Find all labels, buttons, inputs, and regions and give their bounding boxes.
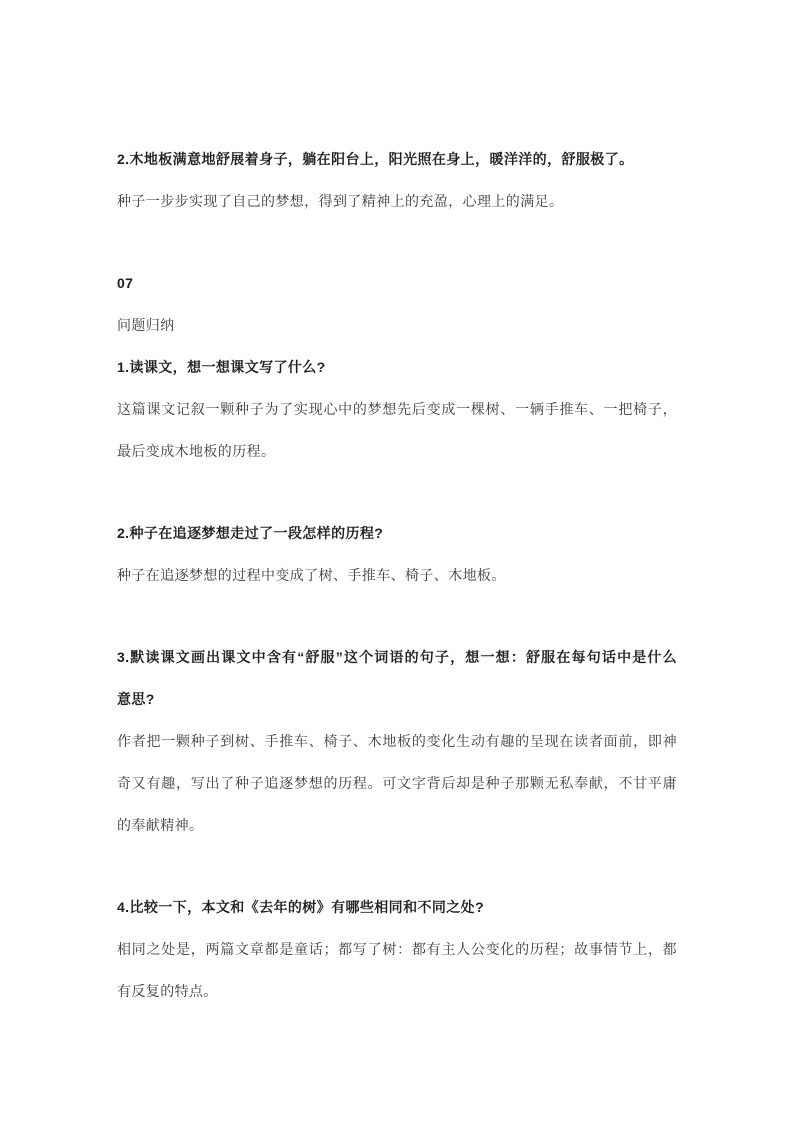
sentence-2-heading: 2.木地板满意地舒展着身子，躺在阳台上，阳光照在身上，暖洋洋的，舒服极了。 — [117, 138, 677, 180]
text-line: 2.种子在追逐梦想走过了一段怎样的历程? — [117, 512, 677, 554]
text-line: 3.默读课文画出课文中含有“舒服”这个词语的句子，想一想：舒服在每句话中是什么 — [117, 636, 677, 678]
document-page: 2.木地板满意地舒展着身子，躺在阳台上，阳光照在身上，暖洋洋的，舒服极了。种子一… — [0, 0, 793, 1122]
text-line: 问题归纳 — [117, 304, 677, 346]
text-line: 1.读课文，想一想课文写了什么? — [117, 346, 677, 388]
section-question-2: 2.种子在追逐梦想走过了一段怎样的历程?种子在追逐梦想的过程中变成了树、手推车、… — [117, 512, 677, 596]
text-line: 这篇课文记叙一颗种子为了实现心中的梦想先后变成一棵树、一辆手推车、一把椅子， — [117, 388, 677, 430]
section-title: 问题归纳 — [117, 304, 677, 346]
question-2: 2.种子在追逐梦想走过了一段怎样的历程? — [117, 512, 677, 554]
answer-2: 种子在追逐梦想的过程中变成了树、手推车、椅子、木地板。 — [117, 554, 677, 596]
answer-3: 作者把一颗种子到树、手推车、椅子、木地板的变化生动有趣的呈现在读者面前，即神奇又… — [117, 720, 677, 846]
text-line: 4.比较一下，本文和《去年的树》有哪些相同和不同之处? — [117, 886, 677, 928]
text-line: 最后变成木地板的历程。 — [117, 430, 677, 472]
answer-4: 相同之处是，两篇文章都是童话；都写了树：都有主人公变化的历程；故事情节上，都有反… — [117, 928, 677, 1012]
section-number: 07 — [117, 262, 677, 304]
text-line: 2.木地板满意地舒展着身子，躺在阳台上，阳光照在身上，暖洋洋的，舒服极了。 — [117, 138, 677, 180]
text-line: 07 — [117, 262, 677, 304]
text-line: 种子一步步实现了自己的梦想，得到了精神上的充盈，心理上的满足。 — [117, 180, 677, 222]
question-3: 3.默读课文画出课文中含有“舒服”这个词语的句子，想一想：舒服在每句话中是什么意… — [117, 636, 677, 720]
text-line: 相同之处是，两篇文章都是童话；都写了树：都有主人公变化的历程；故事情节上，都 — [117, 928, 677, 970]
sentence-2-analysis: 种子一步步实现了自己的梦想，得到了精神上的充盈，心理上的满足。 — [117, 180, 677, 222]
section-sentence-analysis: 2.木地板满意地舒展着身子，躺在阳台上，阳光照在身上，暖洋洋的，舒服极了。种子一… — [117, 138, 677, 222]
question-1: 1.读课文，想一想课文写了什么? — [117, 346, 677, 388]
question-4: 4.比较一下，本文和《去年的树》有哪些相同和不同之处? — [117, 886, 677, 928]
text-line: 有反复的特点。 — [117, 970, 677, 1012]
section-question-summary: 07问题归纳1.读课文，想一想课文写了什么?这篇课文记叙一颗种子为了实现心中的梦… — [117, 262, 677, 472]
text-line: 作者把一颗种子到树、手推车、椅子、木地板的变化生动有趣的呈现在读者面前，即神 — [117, 720, 677, 762]
text-line: 意思? — [117, 678, 677, 720]
section-question-4: 4.比较一下，本文和《去年的树》有哪些相同和不同之处?相同之处是，两篇文章都是童… — [117, 886, 677, 1012]
answer-1: 这篇课文记叙一颗种子为了实现心中的梦想先后变成一棵树、一辆手推车、一把椅子，最后… — [117, 388, 677, 472]
text-line: 种子在追逐梦想的过程中变成了树、手推车、椅子、木地板。 — [117, 554, 677, 596]
section-question-3: 3.默读课文画出课文中含有“舒服”这个词语的句子，想一想：舒服在每句话中是什么意… — [117, 636, 677, 846]
text-line: 的奉献精神。 — [117, 804, 677, 846]
text-line: 奇又有趣，写出了种子追逐梦想的历程。可文字背后却是种子那颗无私奉献，不甘平庸 — [117, 762, 677, 804]
